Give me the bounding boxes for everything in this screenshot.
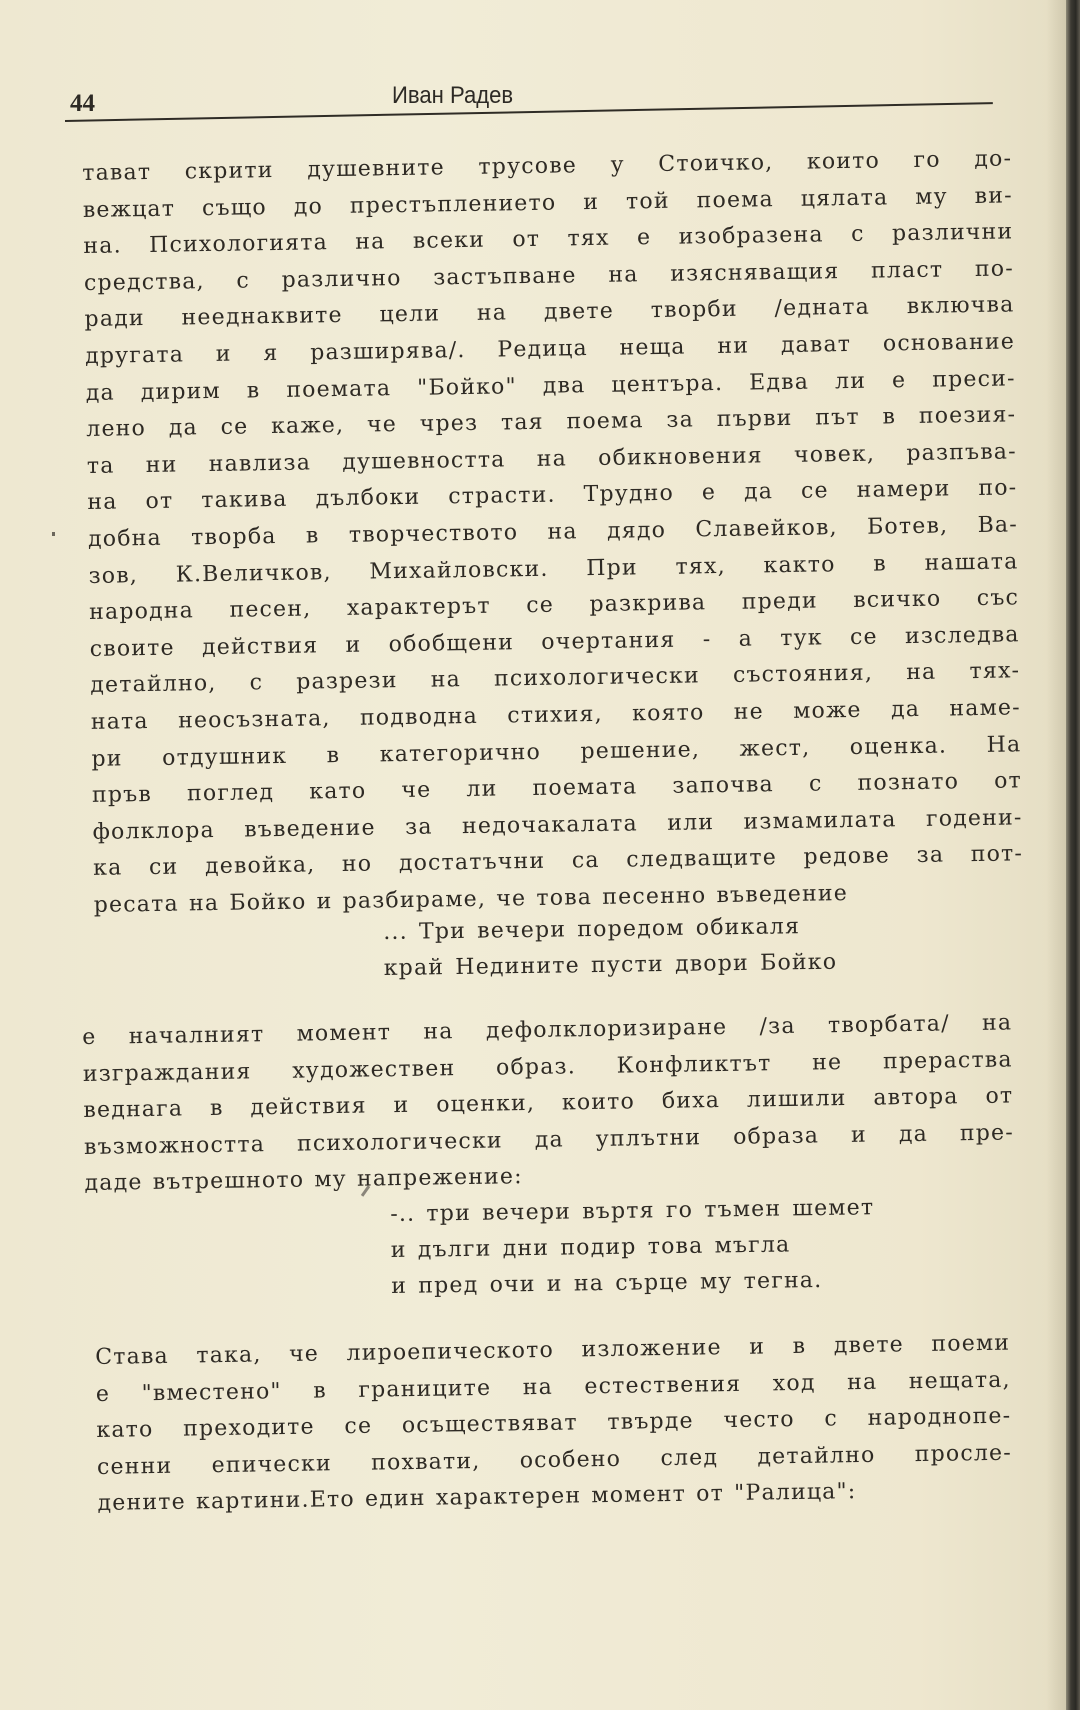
binding-shadow <box>1046 0 1066 1710</box>
verse-line: край Недините пусти двори Бойко <box>384 945 838 987</box>
page-number: 44 <box>70 90 95 118</box>
page-header: 44 Иван Радев <box>0 0 1080 140</box>
book-binding-edge <box>1066 0 1080 1710</box>
paragraph-2: е началният момент на дефолклоризиране /… <box>82 1005 1015 1203</box>
header-rule <box>65 102 993 122</box>
running-title-author: Иван Радев <box>392 82 513 110</box>
verse-quote-1: ... Три вечери поредом обикаля край Неди… <box>383 909 837 987</box>
verse-quote-2: -.. три вечери въртя го тъмен шемет и дъ… <box>390 1190 876 1305</box>
verse-line: -.. три вечери въртя го тъмен шемет <box>390 1190 875 1233</box>
margin-speck <box>52 532 55 536</box>
verse-line: и пред очи и на сърце му тегна. <box>391 1262 876 1305</box>
paragraph-3: Става така, че лироепическото изложение … <box>95 1326 1013 1523</box>
paragraph-1: тават скрити душевните трусове у Стоичко… <box>82 141 1024 924</box>
book-page: 44 Иван Радев тават скрити душевните тру… <box>0 0 1080 1710</box>
